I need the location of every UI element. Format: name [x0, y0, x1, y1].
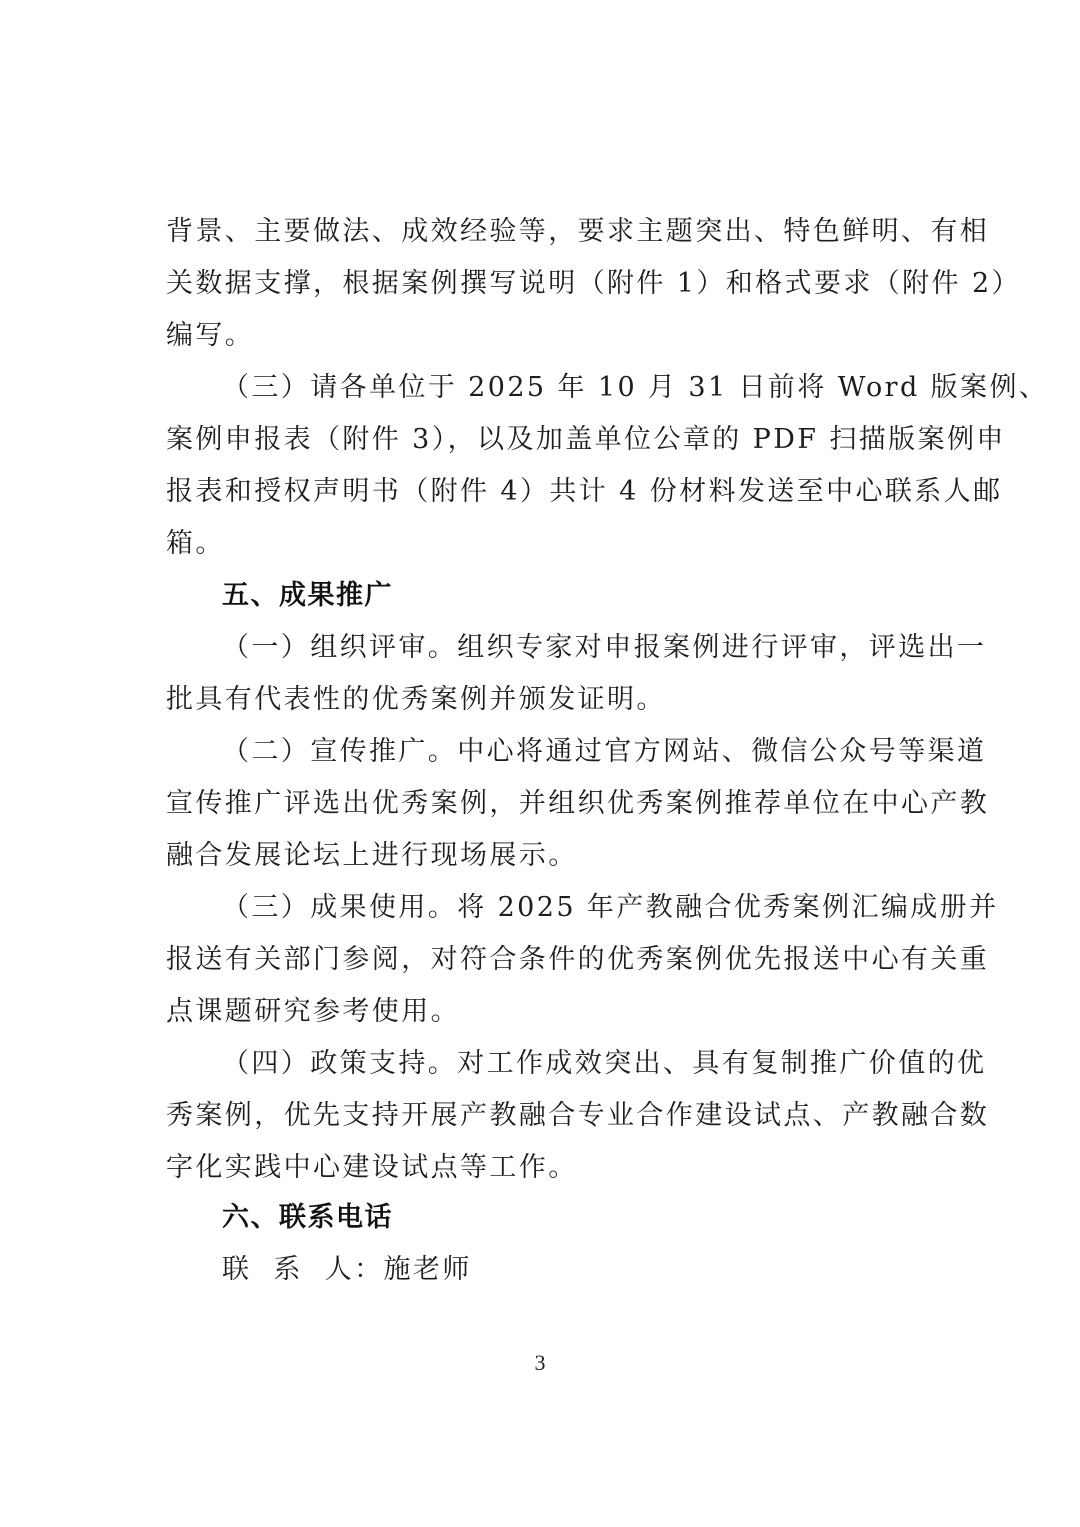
paragraph-line: 编写。: [166, 316, 254, 356]
paragraph-line: （一）组织评审。组织专家对申报案例进行评审，评选出一: [222, 628, 986, 668]
paragraph-line: （四）政策支持。对工作成效突出、具有复制推广价值的优: [222, 1044, 986, 1084]
paragraph-line: 关数据支撑，根据案例撰写说明（附件 1）和格式要求（附件 2）: [166, 264, 1021, 304]
contact-person: 联 系 人：施老师: [222, 1250, 472, 1290]
paragraph-line: 案例申报表（附件 3），以及加盖单位公章的 PDF 扫描版案例申: [166, 420, 1006, 460]
paragraph-line: （二）宣传推广。中心将通过官方网站、微信公众号等渠道: [222, 732, 986, 772]
page-number: 3: [535, 1350, 546, 1376]
paragraph-line: 字化实践中心建设试点等工作。: [166, 1148, 578, 1188]
section-heading-results-promotion: 五、成果推广: [222, 576, 393, 616]
paragraph-line: 秀案例，优先支持开展产教融合专业合作建设试点、产教融合数: [166, 1096, 989, 1136]
document-page: 背景、主要做法、成效经验等，要求主题突出、特色鲜明、有相 关数据支撑，根据案例撰…: [0, 0, 1080, 1527]
paragraph-line: （三）请各单位于 2025 年 10 月 31 日前将 Word 版案例、: [222, 368, 1048, 408]
paragraph-line: 融合发展论坛上进行现场展示。: [166, 836, 578, 876]
paragraph-line: 报表和授权声明书（附件 4）共计 4 份材料发送至中心联系人邮: [166, 472, 1003, 512]
paragraph-line: 背景、主要做法、成效经验等，要求主题突出、特色鲜明、有相: [166, 212, 989, 252]
paragraph-line: 批具有代表性的优秀案例并颁发证明。: [166, 680, 666, 720]
paragraph-line: 点课题研究参考使用。: [166, 992, 460, 1032]
paragraph-line: 箱。: [166, 524, 225, 564]
section-heading-contact: 六、联系电话: [222, 1198, 393, 1238]
paragraph-line: 宣传推广评选出优秀案例，并组织优秀案例推荐单位在中心产教: [166, 784, 989, 824]
paragraph-line: （三）成果使用。将 2025 年产教融合优秀案例汇编成册并: [222, 888, 998, 928]
paragraph-line: 报送有关部门参阅，对符合条件的优秀案例优先报送中心有关重: [166, 940, 989, 980]
